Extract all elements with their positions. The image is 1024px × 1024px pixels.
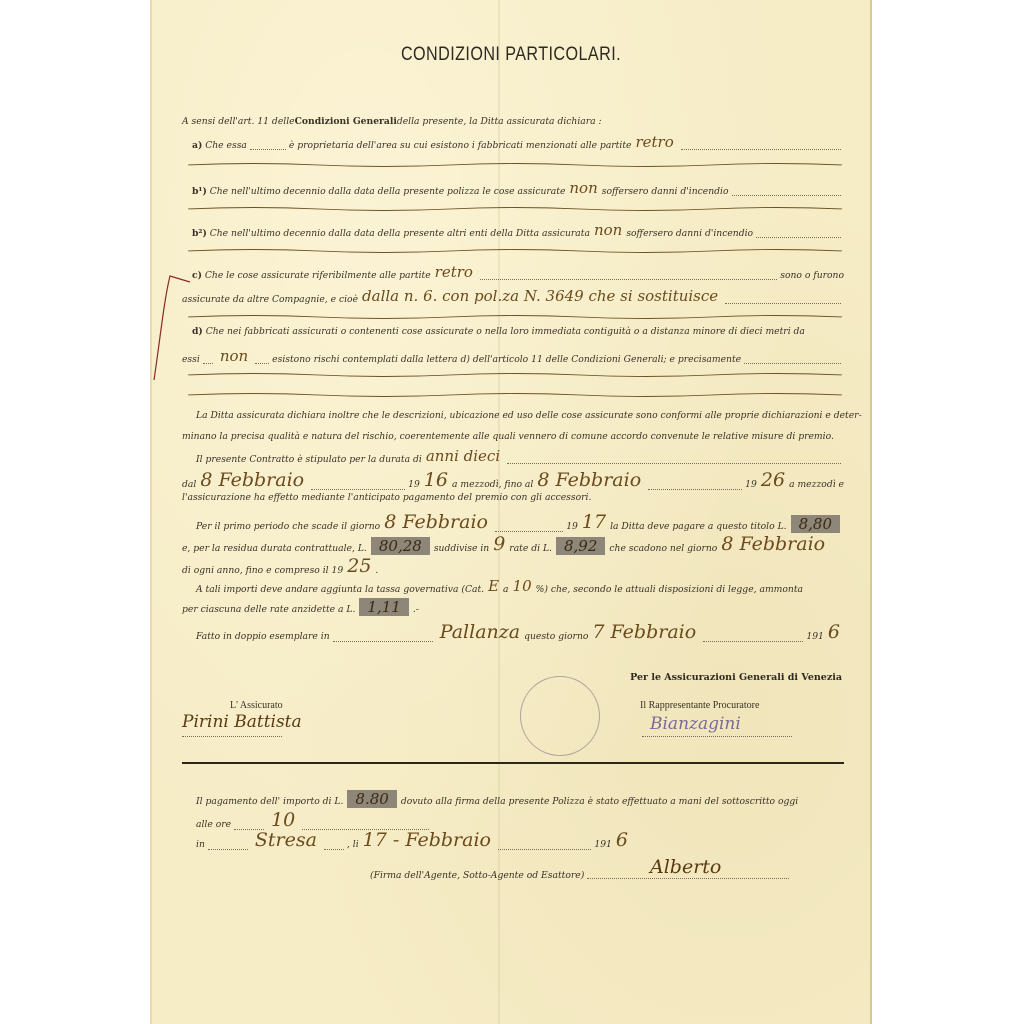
- handwritten-entry: 25: [347, 555, 371, 577]
- signature-line: [642, 736, 792, 737]
- handwritten-entry: non: [569, 179, 597, 197]
- clause-d-continued: essi non esistono rischi contemplati dal…: [182, 348, 844, 366]
- blank-field[interactable]: [480, 278, 777, 280]
- label: (Firma dell'Agente, Sotto-Agente od Esat…: [370, 870, 584, 881]
- clause-b2: b²) Che nell'ultimo decennio dalla data …: [192, 222, 844, 240]
- label: A tali importi deve andare aggiunta la t…: [196, 584, 484, 595]
- clause-text: Che nei fabbricati assicurati o contenen…: [206, 326, 805, 337]
- clause-text: esistono rischi contemplati dalla letter…: [272, 354, 741, 365]
- receipt-line: Il pagamento dell' importo di L. 8.80 do…: [196, 790, 844, 808]
- agent-signature: Alberto: [650, 856, 721, 878]
- place-date-line: in Stresa , li 17 - Febbraio 191 6: [196, 830, 632, 852]
- blank-field[interactable]: [333, 640, 433, 642]
- year-prefix: 191: [594, 839, 612, 850]
- declaration-line-1: La Ditta assicurata dichiara inoltre che…: [196, 410, 844, 421]
- handwritten-entry: 8 Febbraio: [200, 469, 304, 491]
- label: %) che, secondo le attuali disposizioni …: [536, 584, 803, 595]
- clause-text: è proprietaria dell'area su cui esistono…: [289, 140, 632, 151]
- label: a mezzodì, fino al: [452, 479, 533, 490]
- handwritten-entry: 17 - Febbraio: [363, 829, 491, 851]
- handwritten-entry: non: [594, 221, 622, 239]
- handwritten-entry: 26: [761, 469, 785, 491]
- handwritten-entry: 17: [582, 511, 606, 533]
- fill-line: [188, 314, 842, 320]
- handwritten-entry: Pallanza: [440, 621, 520, 643]
- handwritten-entry: retro: [435, 263, 473, 281]
- blank-field[interactable]: [311, 488, 405, 490]
- clause-text: essi: [182, 354, 200, 365]
- intro-line: A sensi dell'art. 11 delle Condizioni Ge…: [182, 116, 844, 127]
- year-prefix: 19: [745, 479, 757, 490]
- company-name: Per le Assicurazioni Generali di Venezia: [630, 672, 842, 683]
- handwritten-entry: 8 Febbraio: [537, 469, 641, 491]
- amount-field: 8,80: [791, 515, 840, 533]
- clause-text: sono o furono: [780, 270, 844, 281]
- clause-label: b²): [192, 228, 207, 239]
- handwritten-entry: anni dieci: [426, 447, 500, 465]
- duration-dates-line: dal 8 Febbraio 19 16 a mezzodì, fino al …: [182, 470, 844, 492]
- blank-field[interactable]: [703, 640, 803, 642]
- handwritten-entry: 16: [424, 469, 448, 491]
- agent-line: (Firma dell'Agente, Sotto-Agente od Esat…: [370, 870, 792, 881]
- first-period-line: Per il primo periodo che scade il giorno…: [196, 512, 844, 534]
- blank-field[interactable]: [681, 148, 841, 150]
- year-prefix: 19: [566, 521, 578, 532]
- representative-label: Il Rappresentante Procuratore: [640, 700, 759, 711]
- label: dovuto alla firma della presente Polizza…: [401, 796, 798, 807]
- effect-line: l'assicurazione ha effetto mediante l'an…: [182, 492, 844, 503]
- label: per ciascuna delle rate anzidette a L.: [182, 604, 355, 615]
- label: , li: [347, 839, 359, 850]
- clause-d: d) Che nei fabbricati assicurati o conte…: [192, 326, 844, 337]
- clause-label: a): [192, 140, 202, 151]
- insurance-policy-page: CONDIZIONI PARTICOLARI. A sensi dell'art…: [150, 0, 872, 1024]
- handwritten-entry: 10: [513, 577, 532, 595]
- handwritten-entry: non: [220, 347, 248, 365]
- year-prefix: 19: [408, 479, 420, 490]
- fill-line: [188, 372, 842, 378]
- fill-line: [188, 162, 842, 168]
- each-year-line: di ogni anno, fino e compreso il 19 25 .: [182, 556, 844, 578]
- handwritten-entry: E: [488, 577, 499, 595]
- amount-field: 8,92: [556, 537, 605, 555]
- clause-text: Che essa: [205, 140, 247, 151]
- amount-field: 1,11: [359, 598, 408, 616]
- intro-text: A sensi dell'art. 11 delle: [182, 116, 295, 127]
- tax-amount-line: per ciascuna delle rate anzidette a L. 1…: [182, 598, 844, 616]
- intro-bold: Condizioni Generali: [295, 116, 397, 127]
- year-prefix: 191: [806, 631, 824, 642]
- label: Per il primo periodo che scade il giorno: [196, 521, 380, 532]
- representative-signature: Bianzagini: [650, 714, 741, 734]
- handwritten-entry: 6: [616, 829, 628, 851]
- rubber-stamp: [520, 676, 600, 756]
- label: a: [503, 584, 508, 595]
- insured-label: L' Assicurato: [230, 700, 283, 711]
- label: questo giorno: [524, 631, 588, 642]
- label: dal: [182, 479, 196, 490]
- blank-field[interactable]: [495, 530, 563, 532]
- clause-text: soffersero danni d'incendio: [626, 228, 753, 239]
- fill-line: [188, 206, 842, 212]
- clause-text: soffersero danni d'incendio: [602, 186, 729, 197]
- label: Il pagamento dell' importo di L.: [196, 796, 343, 807]
- page-title: CONDIZIONI PARTICOLARI.: [204, 44, 818, 66]
- label: la Ditta deve pagare a questo titolo L.: [610, 521, 787, 532]
- blank-field[interactable]: [250, 148, 286, 150]
- clause-text: Che le cose assicurate riferibilmente al…: [205, 270, 431, 281]
- signed-line: Fatto in doppio esemplare in Pallanza qu…: [196, 622, 844, 644]
- label: Fatto in doppio esemplare in: [196, 631, 330, 642]
- clause-text: Che nell'ultimo decennio dalla data dell…: [210, 186, 566, 197]
- clause-label: d): [192, 326, 203, 337]
- blank-field[interactable]: [498, 848, 591, 850]
- clause-label: c): [192, 270, 202, 281]
- label: a mezzodì e: [789, 479, 844, 490]
- clause-text: Che nell'ultimo decennio dalla data dell…: [210, 228, 590, 239]
- handwritten-entry: 9: [493, 533, 505, 555]
- clause-label: b¹): [192, 186, 207, 197]
- handwritten-entry: 7 Febbraio: [592, 621, 696, 643]
- handwritten-entry: 6: [828, 621, 840, 643]
- clause-text: assicurate da altre Compagnie, e cioè: [182, 294, 358, 305]
- duration-line: Il presente Contratto è stipulato per la…: [196, 448, 844, 466]
- declaration-line-2: minano la precisa qualità e natura del r…: [182, 431, 844, 442]
- handwritten-entry: dalla n. 6. con pol.za N. 3649 che si so…: [362, 287, 718, 305]
- effect-text: l'assicurazione ha effetto mediante l'an…: [182, 492, 591, 503]
- fill-line: [188, 248, 842, 254]
- declaration-text: minano la precisa qualità e natura del r…: [182, 431, 834, 442]
- tax-line: A tali importi deve andare aggiunta la t…: [196, 578, 844, 596]
- signature-line: [182, 736, 282, 737]
- label: e, per la residua durata contrattuale, L…: [182, 543, 367, 554]
- handwritten-entry: 10: [271, 809, 295, 831]
- handwritten-entry: 8 Febbraio: [721, 533, 825, 555]
- amount-field: 80,28: [371, 537, 430, 555]
- blank-field[interactable]: [648, 488, 742, 490]
- blank-field[interactable]: [744, 362, 841, 364]
- handwritten-entry: 8 Febbraio: [384, 511, 488, 533]
- insured-signature: Pirini Battista: [182, 712, 302, 732]
- intro-suffix: della presente, la Ditta assicurata dich…: [397, 116, 602, 127]
- clause-b1: b¹) Che nell'ultimo decennio dalla data …: [192, 180, 844, 198]
- blank-field[interactable]: [756, 236, 841, 238]
- residual-line: e, per la residua durata contrattuale, L…: [182, 534, 844, 556]
- clause-c-continued: assicurate da altre Compagnie, e cioè da…: [182, 288, 844, 306]
- amount-field: 8.80: [347, 790, 396, 808]
- blank-field[interactable]: [725, 302, 841, 304]
- label: rate di L.: [509, 543, 552, 554]
- label: di ogni anno, fino e compreso il 19: [182, 565, 343, 576]
- label: alle ore: [196, 819, 231, 830]
- handwritten-entry: retro: [635, 133, 673, 151]
- declaration-text: La Ditta assicurata dichiara inoltre che…: [196, 410, 862, 421]
- clause-a: a) Che essa è proprietaria dell'area su …: [192, 134, 844, 152]
- handwritten-entry: Stresa: [255, 829, 317, 851]
- duration-text: Il presente Contratto è stipulato per la…: [196, 454, 422, 465]
- label: suddivise in: [434, 543, 489, 554]
- fill-line: [188, 392, 842, 398]
- blank-field[interactable]: [732, 194, 842, 196]
- clause-c: c) Che le cose assicurate riferibilmente…: [192, 264, 844, 282]
- blank-field[interactable]: [507, 462, 841, 464]
- label: che scadono nel giorno: [609, 543, 717, 554]
- label: in: [196, 839, 205, 850]
- section-divider: [182, 762, 844, 764]
